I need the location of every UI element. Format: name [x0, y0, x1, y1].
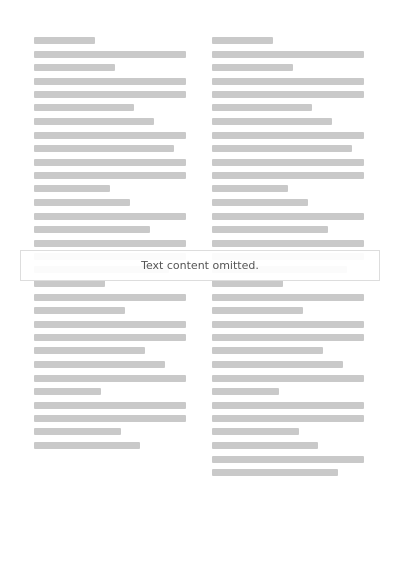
paragraph-placeholder [34, 213, 186, 233]
paragraph-placeholder [34, 280, 186, 287]
paragraph-placeholder [212, 294, 364, 314]
paragraph-placeholder [212, 118, 364, 125]
paragraph-placeholder [34, 402, 186, 435]
paragraph-placeholder [34, 442, 186, 449]
paragraph-placeholder [34, 321, 186, 354]
paragraph-placeholder [212, 37, 364, 44]
paragraph-placeholder [34, 199, 186, 206]
paragraph-placeholder [34, 37, 186, 44]
paragraph-placeholder [212, 213, 364, 233]
document-page: Text content omitted. [0, 0, 400, 566]
paragraph-placeholder [212, 361, 364, 368]
content-notice: Text content omitted. [20, 250, 380, 281]
paragraph-placeholder [212, 159, 364, 192]
paragraph-placeholder [34, 159, 186, 192]
paragraph-placeholder [34, 294, 186, 314]
paragraph-placeholder [34, 361, 186, 368]
paragraph-placeholder [212, 402, 364, 435]
paragraph-placeholder [34, 51, 186, 71]
paragraph-placeholder [212, 199, 364, 206]
paragraph-placeholder [34, 132, 186, 152]
left-column [34, 34, 186, 456]
paragraph-placeholder [212, 280, 364, 287]
paragraph-placeholder [212, 321, 364, 354]
paragraph-placeholder [212, 442, 364, 449]
paragraph-placeholder [34, 375, 186, 395]
paragraph-placeholder [212, 456, 364, 476]
paragraph-placeholder [34, 78, 186, 111]
paragraph-placeholder [212, 78, 364, 111]
paragraph-placeholder [212, 132, 364, 152]
paragraph-placeholder [212, 51, 364, 71]
paragraph-placeholder [212, 375, 364, 395]
paragraph-placeholder [34, 118, 186, 125]
